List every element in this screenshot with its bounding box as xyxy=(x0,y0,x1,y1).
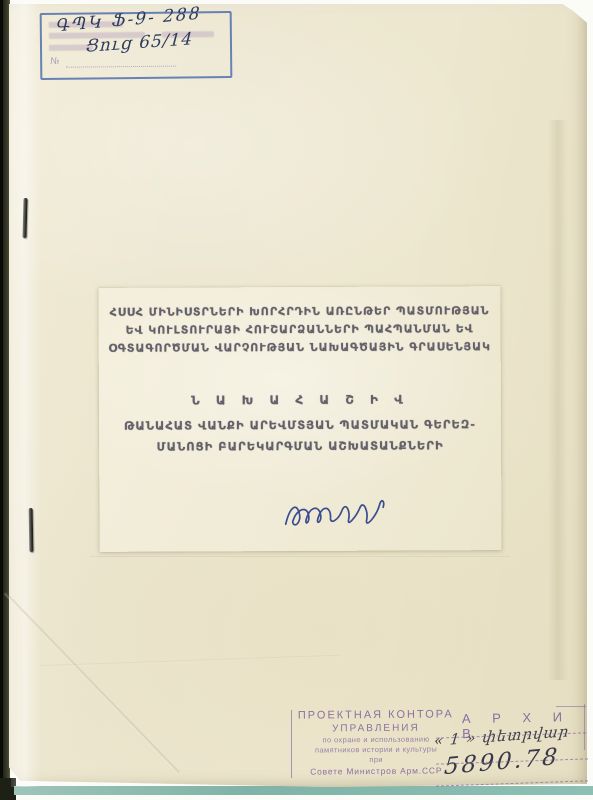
number-sign-label: № xyxy=(50,57,59,67)
signature-ink-stroke xyxy=(276,487,412,538)
underlying-sheet-edge xyxy=(14,786,593,795)
signature-mark xyxy=(276,487,412,542)
organization-line: ՕԳՏԱԳՈՐԾՄԱՆ ՎԱՐՉՈՒԹՅԱՆ ՆԱԽԱԳԾԱՅԻՆ ԳՐԱՍԵՆ… xyxy=(99,338,501,358)
dotted-fill-line xyxy=(66,66,176,68)
staple-bottom xyxy=(29,508,34,552)
document-subject: ԹԱՆԱՀԱՏ ՎԱՆՔԻ ԱՐԵՎՄՏՅԱՆ ՊԱՏՄԱԿԱՆ ԳԵՐԵԶ- … xyxy=(99,414,501,458)
stamp-line: ПРОЕКТНАЯ КОНТОРА xyxy=(292,707,460,722)
organization-line: ՀՍՍՀ ՄԻՆԻՍՏՐՆԵՐԻ ԽՈՐՀՐԴԻՆ ԱՌԸՆԹԵՐ ՊԱՏՄՈՒ… xyxy=(98,302,500,322)
stamp-line: Совете Министров Арм.ССР xyxy=(292,764,460,777)
scan-edge-left-black xyxy=(0,0,3,800)
pasted-title-label: ՀՍՍՀ ՄԻՆԻՍՏՐՆԵՐԻ ԽՈՐՀՐԴԻՆ ԱՌԸՆԹԵՐ ՊԱՏՄՈՒ… xyxy=(98,286,501,552)
organization-line: ԵՎ ԿՈՒԼՏՈՒՐԱՅԻ ՀՈՒՇԱՐՁԱՆՆԵՐԻ ՊԱՀՊԱՆՄԱՆ Ե… xyxy=(99,320,501,340)
subject-line: ԹԱՆԱՀԱՏ ՎԱՆՔԻ ԱՐԵՎՄՏՅԱՆ ՊԱՏՄԱԿԱՆ ԳԵՐԵԶ- xyxy=(99,414,501,437)
scanned-document-page: № ԳՊԿ Ֆ-9- 288 Ցուց 65/14 ՀՍՍՀ ՄԻՆԻՍՏՐՆԵ… xyxy=(0,0,593,800)
document-type-heading: Ն Ա Խ Ա Հ Ա Շ Ի Վ xyxy=(99,392,501,408)
subject-line: ՄԱՆՈՑԻ ԲԱՐԵԿԱՐԳՄԱՆ ԱՇԽԱՏԱՆՔՆԵՐԻ xyxy=(99,435,501,458)
organization-name: ՀՍՍՀ ՄԻՆԻՍՏՐՆԵՐԻ ԽՈՐՀՐԴԻՆ ԱՌԸՆԹԵՐ ՊԱՏՄՈՒ… xyxy=(98,302,500,358)
archive-stamp-frame xyxy=(556,706,586,707)
